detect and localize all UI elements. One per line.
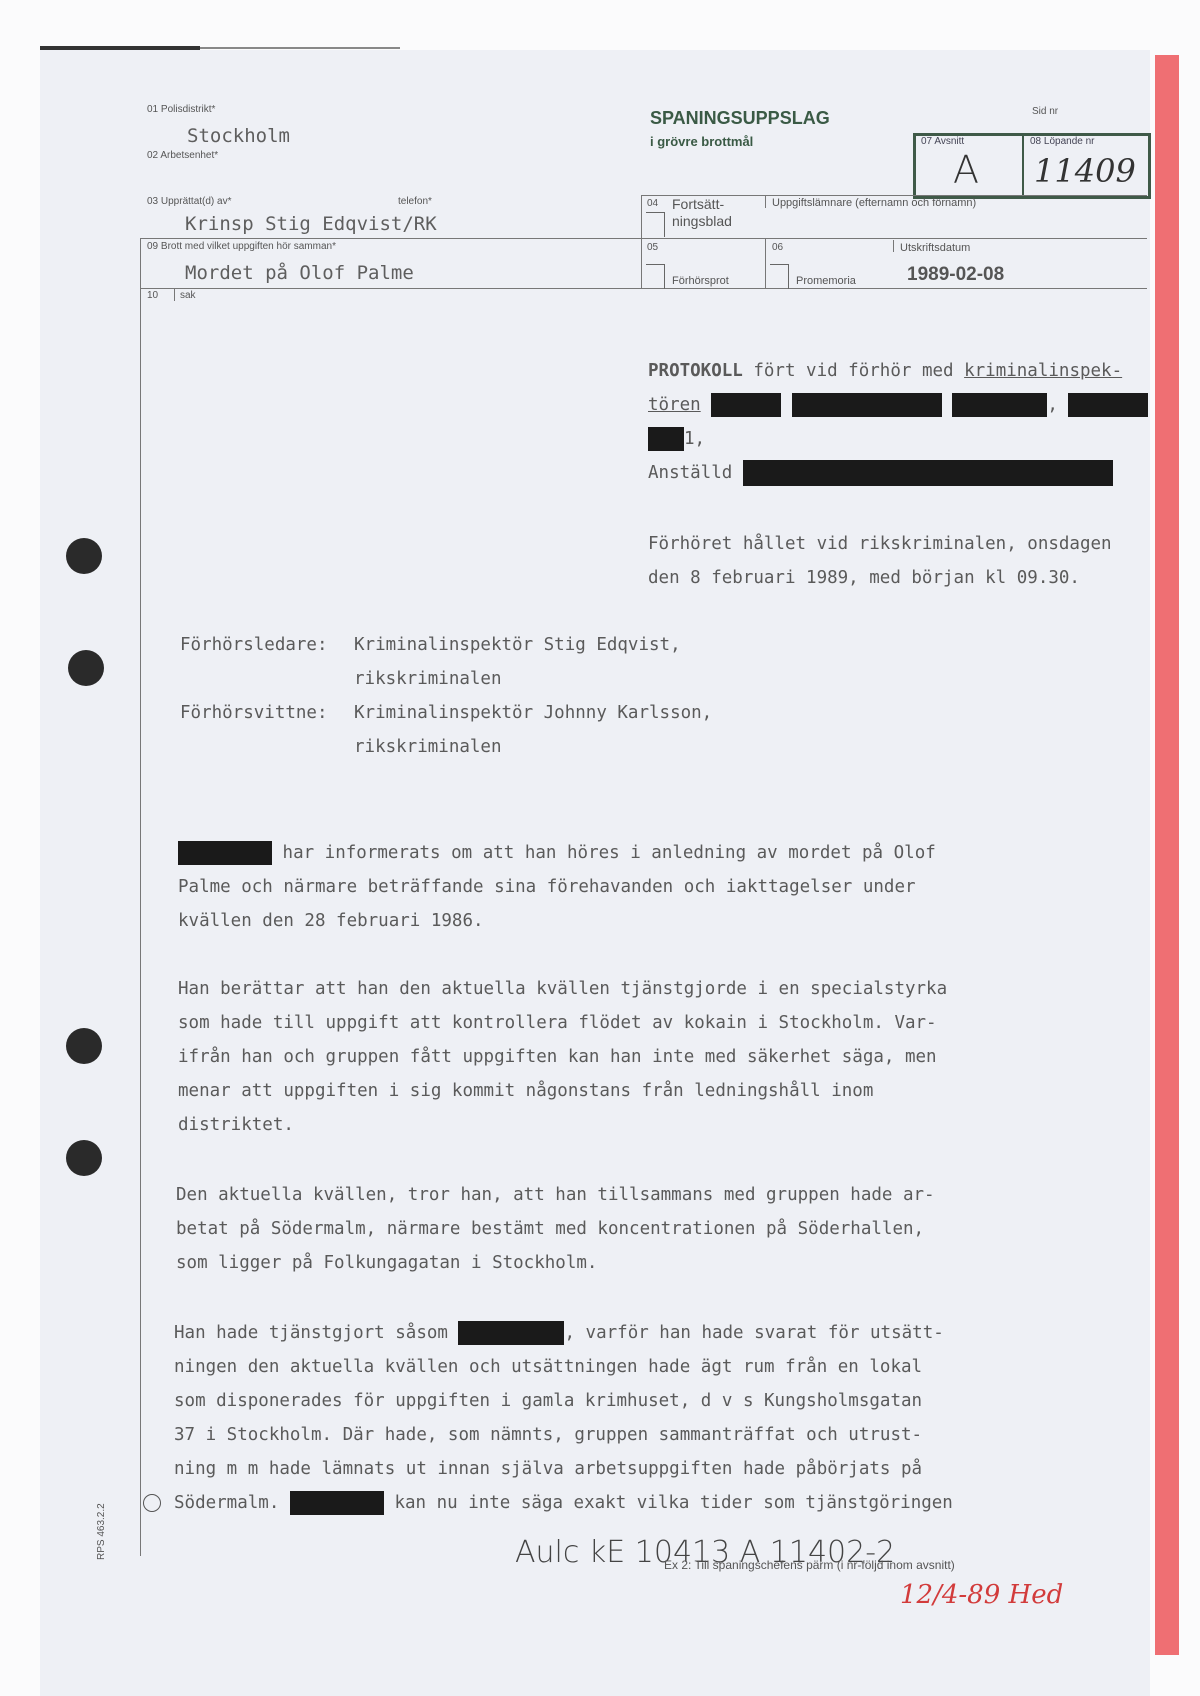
punch-hole [68,650,104,686]
utskriftsdatum-label: Utskriftsdatum [900,242,970,254]
redaction-block [952,393,1047,417]
location-line-2: den 8 februari 1989, med början kl 09.30… [648,561,1080,595]
paragraph-3-line: som ligger på Folkungagatan i Stockholm. [176,1246,597,1280]
paragraph-2-line: som hade till uppgift att kontrollera fl… [178,1006,937,1040]
paragraph-4-line: ningen den aktuella kvällen och utsättni… [174,1350,922,1384]
paragraph-1-line: kvällen den 28 februari 1986. [178,904,484,938]
sak-label: sak [180,290,196,301]
redaction-block [458,1321,564,1345]
forhorsledare-label: Förhörsledare: [180,628,328,662]
forhorsvittne-value: Kriminalinspektör Johnny Karlsson, [354,696,712,730]
text: , varför han hade svarat för utsätt- [564,1323,943,1343]
paragraph-3-line: betat på Södermalm, närmare bestämt med … [176,1212,924,1246]
sid-nr-label: Sid nr [1032,106,1058,117]
field-03-value: Krinsp Stig Edqvist/RK [185,213,437,235]
toren-text: tören [648,395,701,415]
paragraph-2-line: Han berättar att han den aktuella kvälle… [178,972,947,1006]
protokoll-bold: PROTOKOLL [648,361,743,381]
punch-ring-marker [143,1494,161,1512]
field-04-label-2: ningsblad [672,213,732,229]
divider [140,288,1147,289]
redaction-block [290,1491,384,1515]
field-03-label: 03 Upprättat(d) av* [147,196,232,207]
redaction-block [648,427,684,451]
field-02-label: 02 Arbetsenhet* [147,150,218,161]
field-01-label: 01 Polisdistrikt* [147,104,215,115]
field-01-value: Stockholm [187,125,290,147]
redaction-block [178,841,272,865]
field-07-value: A [953,148,979,192]
text: Södermalm. [174,1493,290,1513]
promemoria-checkbox[interactable] [770,264,789,289]
divider [140,238,1147,239]
field-06-label: Promemoria [796,275,856,287]
field-10-label: 10 [147,290,158,301]
paragraph-4-line: Han hade tjänstgjort såsom , varför han … [174,1316,944,1350]
text: har informerats om att han höres i anled… [272,843,936,863]
paragraph-3-line: Den aktuella kvällen, tror han, att han … [176,1178,935,1212]
field-08-value: 11409 [1034,152,1136,190]
forhorsvittne-label: Förhörsvittne: [180,696,328,730]
divider [893,240,894,252]
field-07-label: 07 Avsnitt [921,136,964,147]
scan-edge-mark [40,46,200,50]
paragraph-4-line: 37 i Stockholm. Där hade, som nämnts, gr… [174,1418,922,1452]
divider [174,289,175,301]
paragraph-4-line: som disponerades för uppgiften i gamla k… [174,1384,922,1418]
utskriftsdatum-value: 1989-02-08 [907,264,1004,286]
text: Han hade tjänstgjort såsom [174,1323,458,1343]
line-end-text: 1, [684,429,705,449]
divider [765,196,766,208]
red-margin-stripe [1155,55,1179,1655]
fortsattningsblad-checkbox[interactable] [646,212,665,237]
forhorsledare-value: Kriminalinspektör Stig Edqvist, [354,628,681,662]
left-margin-rule [140,238,141,1556]
redaction-block [1068,393,1148,417]
divider [765,239,766,289]
protokoll-line-1: PROTOKOLL fört vid förhör med kriminalin… [648,354,1122,388]
anstalld-label: Anställd [648,463,732,483]
location-line-1: Förhöret hållet vid rikskriminalen, onsd… [648,527,1112,561]
field-08-label: 08 Löpande nr [1030,136,1095,147]
paragraph-1-line: Palme och närmare beträffande sina föreh… [178,870,916,904]
protokoll-underlined: kriminalinspek- [964,361,1122,381]
protokoll-text: fört vid förhör med [743,361,964,381]
anstalld-line: Anställd [648,456,1113,490]
field-04-label: Fortsätt- [672,196,724,212]
field-04-number: 04 [647,198,658,209]
forhorsprot-checkbox[interactable] [646,264,665,289]
punch-hole [66,1028,102,1064]
divider [1022,135,1024,195]
form-code: RPS 463.2.2 [96,1503,107,1560]
paragraph-4-line: ning m m hade lämnats ut innan själva ar… [174,1452,922,1486]
handwritten-date: 12/4-89 Hed [900,1580,1063,1610]
paragraph-4-line: Södermalm. kan nu inte säga exakt vilka … [174,1486,953,1520]
form-title: SPANINGSUPPSLAG [650,108,830,129]
field-09-value: Mordet på Olof Palme [185,262,414,284]
paragraph-2-line: ifrån han och gruppen fått uppgiften kan… [178,1040,937,1074]
paragraph-1-line: har informerats om att han höres i anled… [178,836,936,870]
form-subtitle: i grövre brottmål [650,134,753,149]
forhorsvittne-unit: rikskriminalen [354,730,502,764]
protokoll-line-3: 1, [648,422,705,456]
forhorsledare-unit: rikskriminalen [354,662,502,696]
field-05-number: 05 [647,242,658,253]
scan-edge-mark [200,47,400,49]
protokoll-line-2: tören , [648,388,1148,422]
text: kan nu inte säga exakt vilka tider som t… [384,1493,953,1513]
field-06-number: 06 [772,242,783,253]
field-05-label: Förhörsprot [672,275,729,287]
paragraph-2-line: distriktet. [178,1108,294,1142]
redaction-block [743,460,1113,486]
paragraph-2-line: menar att uppgiften i sig kommit någonst… [178,1074,873,1108]
redaction-block [711,393,781,417]
punch-hole [66,538,102,574]
uppgiftslamnare-label: Uppgiftslämnare (efternamn och förnamn) [772,197,976,209]
field-09-label: 09 Brott med vilket uppgiften hör samman… [147,241,336,252]
divider [641,195,642,289]
punch-hole [66,1140,102,1176]
redaction-block [792,393,942,417]
telefon-label: telefon* [398,196,432,207]
copy-note: Ex 2: Till spaningschefens pärm (i nr-fö… [664,1558,955,1572]
